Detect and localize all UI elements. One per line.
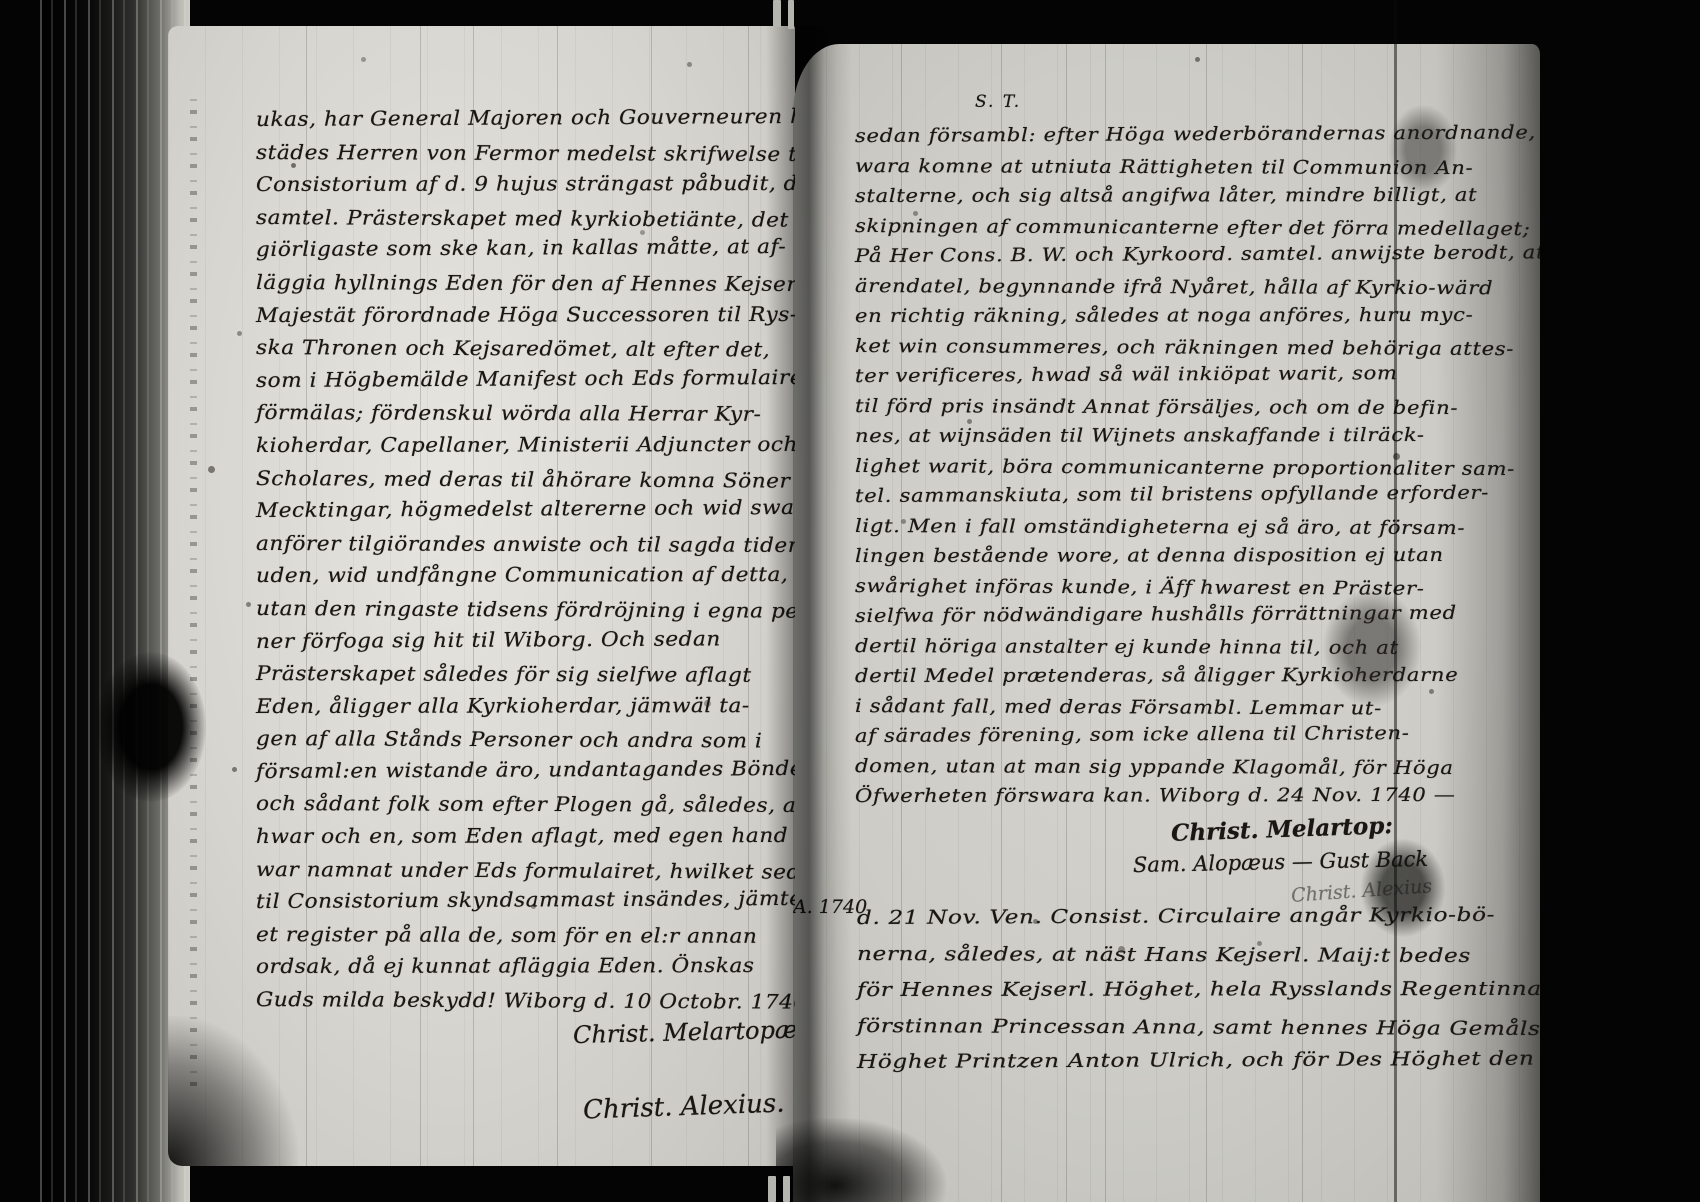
- film-scratch-line: [557, 0, 558, 1202]
- manuscript-line: Consistorium af d. 9 hujus strängast påb…: [256, 167, 795, 201]
- film-scratch-line: [1001, 0, 1002, 1202]
- manuscript-line: lingen bestående wore, at denna disposit…: [855, 541, 1540, 572]
- manuscript-line: uden, wid undfångne Communication af det…: [256, 558, 795, 592]
- signature-melartopaeus: Christ. Melartop:: [1171, 812, 1394, 847]
- page-heading: S. T.: [975, 92, 1021, 112]
- manuscript-line: ukas, har General Majoren och Gouverneur…: [256, 100, 795, 136]
- manuscript-line: städes Herren von Fermor medelst skrifwe…: [256, 136, 795, 171]
- film-registration-mark: [768, 1176, 776, 1202]
- film-scratch-line: [901, 0, 902, 1202]
- manuscript-line: förmälas; fördenskul wörda alla Herrar K…: [256, 396, 795, 431]
- manuscript-line: en richtig räkning, således at noga anfö…: [855, 301, 1540, 332]
- manuscript-line: dertil höriga anstalter ej kunde hinna t…: [855, 632, 1540, 664]
- manuscript-line: kioherdar, Capellaner, Ministerii Adjunc…: [256, 428, 795, 462]
- signature-melartopaeus: Christ. Melartopæus: [573, 1015, 795, 1049]
- manuscript-line: församl:en wistande äro, undantagandes B…: [256, 752, 795, 788]
- manuscript-line: På Her Cons. B. W. och Kyrkoord. samtel.…: [855, 238, 1540, 272]
- film-scratch-line: [1066, 0, 1067, 1202]
- manuscript-line: nes, at wijnsäden til Wijnets anskaffand…: [855, 421, 1540, 452]
- manuscript-line: hwar och en, som Eden aflagt, med egen h…: [256, 819, 795, 853]
- manuscript-line: sielfwa för nödwändigare hushålls förrät…: [855, 598, 1540, 632]
- right-page-text: sedan försambl: efter Höga wederbörander…: [855, 122, 1540, 812]
- manuscript-line: ärendatel, begynnande ifrå Nyåret, hålla…: [855, 272, 1540, 304]
- film-scratch-line: [748, 0, 749, 1202]
- page-fold-crease: [1394, 0, 1397, 1202]
- right-page: S. T. sedan försambl: efter Höga wederbö…: [793, 44, 1540, 1202]
- manuscript-line: nerna, således, at näst Hans Kejserl. Ma…: [857, 936, 1540, 974]
- manuscript-line: Guds milda beskydd! Wiborg d. 10 Octobr.…: [256, 983, 795, 1018]
- ink-stain: [96, 652, 206, 802]
- film-registration-mark: [783, 1176, 790, 1202]
- manuscript-line: och sådant folk som efter Plogen gå, sål…: [256, 787, 795, 822]
- manuscript-line: ligt. Men i fall omständigheterna ej så …: [855, 512, 1540, 544]
- film-scratch-line: [420, 0, 421, 1202]
- manuscript-line: Majestät förordnade Höga Successoren til…: [256, 297, 795, 331]
- manuscript-line: domen, utan at man sig yppande Klagomål,…: [855, 752, 1540, 784]
- manuscript-line: som i Högbemälde Manifest och Eds formul…: [256, 361, 795, 397]
- ink-stain: [1388, 104, 1458, 196]
- manuscript-line: Mecktingar, högmedelst altererne och wid…: [256, 491, 795, 527]
- film-scratch-line: [1206, 0, 1207, 1202]
- gutter-bottom-shadow: [776, 1118, 946, 1202]
- film-scratch-line: [306, 0, 307, 1202]
- ink-stain: [1360, 838, 1446, 938]
- manuscript-line: ner förfoga sig hit til Wiborg. Och seda…: [256, 621, 795, 657]
- paper-speckles: [0, 0, 3, 3]
- manuscript-line: dertil Medel prætenderas, så åligger Kyr…: [855, 661, 1540, 692]
- manuscript-line: til förd pris insändt Annat försäljes, o…: [855, 392, 1540, 424]
- manuscript-line: til Consistorium skyndsammast insändes, …: [256, 882, 795, 918]
- manuscript-line: et register på alla de, som för en el:r …: [256, 918, 795, 953]
- left-page: ukas, har General Majoren och Gouverneur…: [168, 26, 795, 1166]
- ink-stain: [1322, 588, 1422, 708]
- manuscript-line: anförer tilgiörandes anwiste och til sag…: [256, 527, 795, 562]
- film-registration-mark: [773, 0, 781, 27]
- microfilm-scan: ukas, har General Majoren och Gouverneur…: [0, 0, 1700, 1202]
- film-scratch-line: [473, 0, 474, 1202]
- manuscript-line: Eden, åligger alla Kyrkioherdar, jämwäl …: [256, 689, 795, 723]
- signature-alexius: Christ. Alexius.: [583, 1088, 785, 1125]
- manuscript-line: ordsak, då ej kunnat afläggia Eden. Önsk…: [256, 949, 795, 983]
- entry-1740-text: d. 21 Nov. Ven. Consist. Circulaire angå…: [857, 900, 1540, 1080]
- ink-bleed-column: [190, 96, 197, 1086]
- manuscript-line: giörligaste som ske kan, in kallas måtte…: [256, 230, 795, 266]
- page-corner-shadow: [168, 1016, 298, 1166]
- book-gutter-shadow: [766, 26, 852, 1202]
- manuscript-line: Öfwerheten förswara kan. Wiborg d. 24 No…: [855, 781, 1540, 812]
- film-scratch-line: [651, 0, 652, 1202]
- film-scratch-line: [1105, 0, 1106, 1202]
- film-registration-mark: [788, 0, 794, 29]
- manuscript-line: ter verificeres, hwad så wäl inkiöpat wa…: [855, 358, 1540, 392]
- manuscript-line: läggia hyllnings Eden för den af Hennes …: [256, 266, 795, 301]
- manuscript-line: Höghet Printzen Anton Ulrich, och för De…: [857, 1040, 1540, 1080]
- film-scratch-line: [1302, 0, 1303, 1202]
- manuscript-line: tel. sammanskiuta, som til bristens opfy…: [855, 478, 1540, 512]
- manuscript-line: af särades förening, som icke allena til…: [855, 718, 1540, 752]
- manuscript-line: för Hennes Kejserl. Höghet, hela Rysslan…: [857, 971, 1540, 1008]
- left-page-text: ukas, har General Majoren och Gouverneur…: [256, 103, 795, 1016]
- manuscript-line: Prästerskapet således för sig sielfwe af…: [256, 657, 795, 692]
